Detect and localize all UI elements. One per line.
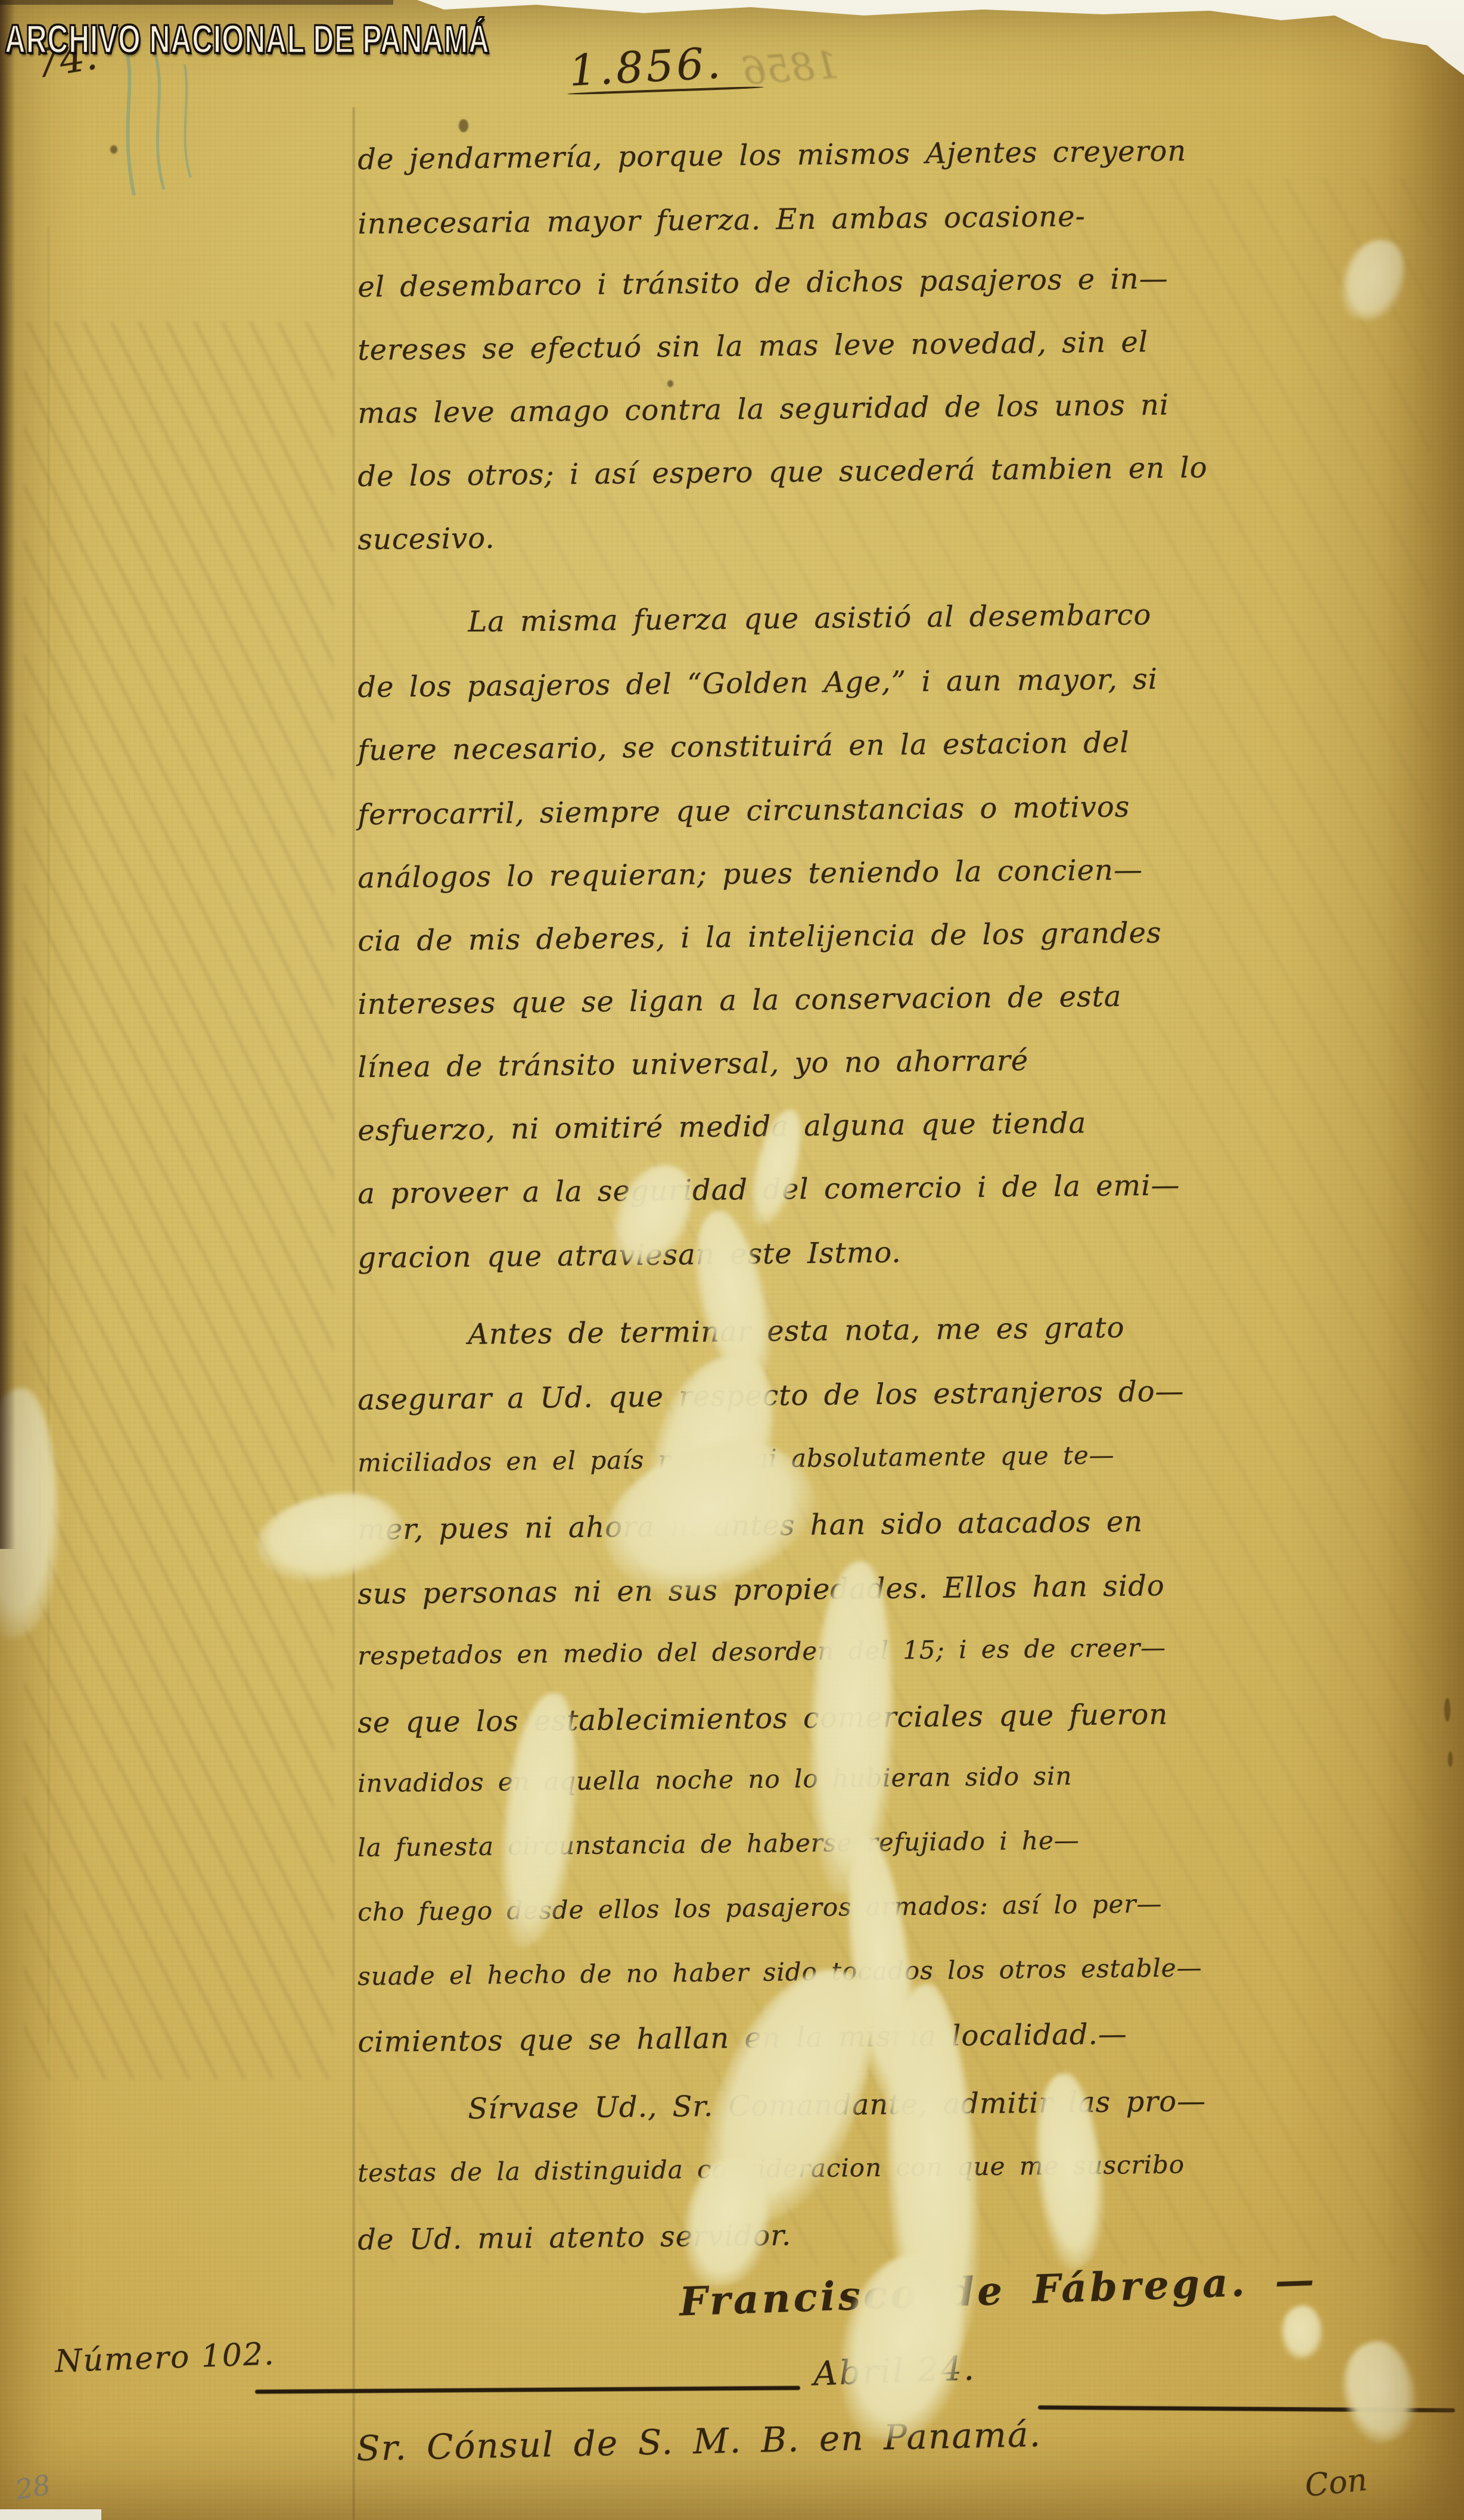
signature: Francisco de Fábrega. — bbox=[679, 2256, 1318, 2325]
manuscript-line: de los pasajeros del “Golden Age,” i aun… bbox=[358, 661, 1158, 705]
document-number: Número 102. bbox=[54, 2337, 275, 2380]
pencil-scribble bbox=[101, 41, 232, 201]
manuscript-line: Antes de terminar esta nota, me es grato bbox=[358, 1310, 1125, 1354]
manuscript-line: la funesta circunstancia de haberse refu… bbox=[358, 1825, 1080, 1863]
scanner-backing bbox=[0, 2509, 101, 2520]
top-edge-line bbox=[0, 0, 393, 5]
manuscript-line: tereses se efectuó sin la mas leve noved… bbox=[358, 324, 1148, 368]
manuscript-line: cho fuego desde ellos los pasajeros arma… bbox=[358, 1889, 1163, 1928]
manuscript-line: cia de mis deberes, i la intelijencia de… bbox=[358, 915, 1162, 959]
manuscript-line: mas leve amago contra la seguridad de lo… bbox=[358, 387, 1170, 431]
archive-watermark-banner: ARCHIVO NACIONAL DE PANAMÁ bbox=[5, 17, 490, 63]
manuscript-line: suade el hecho de no haber sido tocados … bbox=[358, 1952, 1202, 1992]
manuscript-line: La misma fuerza que asistió al desembarc… bbox=[358, 597, 1152, 641]
ink-speck bbox=[667, 380, 673, 387]
separator-rule-right bbox=[1038, 2406, 1455, 2413]
ink-speck bbox=[1444, 1698, 1450, 1722]
manuscript-line: testas de la distinguida consideracion c… bbox=[358, 2149, 1185, 2189]
pencil-folio-number: 28 bbox=[13, 2468, 53, 2506]
manuscript-line: de los otros; i así espero que sucederá … bbox=[358, 450, 1208, 494]
manuscript-line: gracion que atraviesan este Istmo. bbox=[358, 1234, 902, 1276]
year-heading: 1.856. bbox=[568, 38, 725, 95]
manuscript-line: mer, pues ni ahora ni antes han sido ata… bbox=[358, 1504, 1143, 1548]
edge-shadow-right bbox=[1285, 0, 1464, 2520]
water-stain bbox=[1335, 2336, 1423, 2448]
separator-rule-left bbox=[255, 2386, 800, 2394]
catchword: Con bbox=[1303, 2462, 1369, 2505]
manuscript-line: esfuerzo, ni omitiré medida alguna que t… bbox=[358, 1105, 1086, 1149]
ink-speck bbox=[110, 145, 117, 154]
manuscript-line: sus personas ni en sus propiedades. Ello… bbox=[358, 1568, 1165, 1612]
manuscript-line: línea de tránsito universal, yo no ahorr… bbox=[358, 1043, 1028, 1085]
date: Abril 24. bbox=[813, 2349, 977, 2393]
manuscript-line: se que los establecimientos comerciales … bbox=[358, 1697, 1168, 1741]
gutter-shadow bbox=[0, 0, 15, 1549]
manuscript-line: cimientos que se hallan en la misma loca… bbox=[358, 2016, 1127, 2060]
manuscript-line: intereses que se ligan a la conservacion… bbox=[358, 979, 1122, 1022]
manuscript-line: de jendarmería, porque los mismos Ajente… bbox=[358, 133, 1187, 178]
manuscript-line: análogos lo requieran; pues teniendo la … bbox=[358, 852, 1143, 896]
manuscript-page: 1856 74. 1.856. de jendarmería, porque l… bbox=[0, 0, 1464, 2520]
manuscript-line: de Ud. mui atento servidor. bbox=[358, 2217, 791, 2258]
manuscript-line: el desembarco i tránsito de dichos pasaj… bbox=[358, 261, 1168, 305]
manuscript-line: respetados en medio del desorden del 15;… bbox=[358, 1632, 1166, 1672]
water-stain bbox=[1281, 2306, 1323, 2359]
manuscript-line: miciliados en el país nada hai absolutam… bbox=[358, 1440, 1115, 1479]
margin-crease bbox=[353, 107, 355, 2520]
document-scan: 1856 74. 1.856. de jendarmería, porque l… bbox=[0, 0, 1464, 2520]
ink-speck bbox=[1448, 1751, 1453, 1767]
manuscript-line: Sírvase Ud., Sr. Comandante, admitir las… bbox=[358, 2083, 1206, 2128]
addressee-line: Sr. Cónsul de S. M. B. en Panamá. bbox=[356, 2414, 1042, 2469]
manuscript-line: ferrocarril, siempre que circunstancias … bbox=[358, 789, 1130, 833]
water-stain bbox=[682, 1205, 784, 1393]
manuscript-line: fuere necesario, se constituirá en la es… bbox=[358, 724, 1130, 769]
left-crease bbox=[48, 226, 49, 2043]
water-stain bbox=[1331, 231, 1416, 329]
manuscript-line: a proveer a la seguridad del comercio i … bbox=[358, 1168, 1180, 1212]
bleed-through-margin bbox=[24, 322, 334, 2079]
manuscript-line: innecesaria mayor fuerza. En ambas ocasi… bbox=[358, 198, 1086, 242]
manuscript-line: sucesivo. bbox=[358, 521, 495, 558]
manuscript-line: invadidos en aquella noche no lo hubiera… bbox=[358, 1760, 1073, 1799]
manuscript-line: asegurar a Ud. que respecto de los estra… bbox=[358, 1373, 1185, 1418]
ink-speck bbox=[459, 119, 468, 132]
